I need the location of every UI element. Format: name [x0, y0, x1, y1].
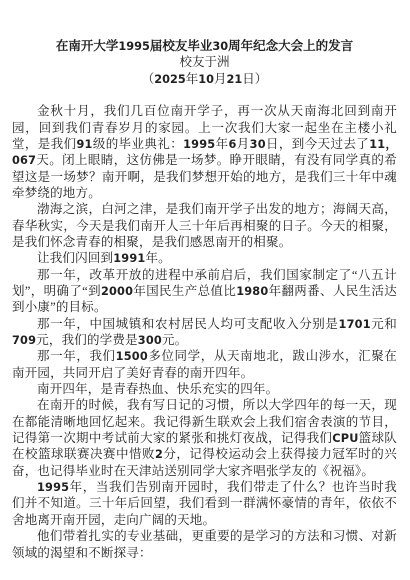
document-body: 金秋十月，我们几百位南开学子，再一次从天南海北回到南开园，回到我们青春岁月的家园…	[12, 103, 397, 561]
numeric-text: 30	[250, 138, 266, 151]
document-title: 在南开大学1995届校友毕业30周年纪念大会上的发言	[12, 38, 397, 54]
author-line: 校友于洲	[12, 54, 397, 70]
numeric-text: 300	[138, 334, 162, 347]
paragraph: 那一年，我们1500多位同学，从天南地北，跋山涉水，汇聚在南开园，共同开启了美好…	[12, 348, 397, 381]
numeric-text: 1995	[118, 40, 149, 53]
paragraph: 金秋十月，我们几百位南开学子，再一次从天南海北回到南开园，回到我们青春岁月的家园…	[12, 103, 397, 201]
paragraph: 那一年，中国城镇和农村居民人均可支配收入分别是1701元和709元，我们的学费是…	[12, 316, 397, 349]
paragraph: 那一年，改革开放的进程中承前启后，我们国家制定了“八五计划”，明确了“到2000…	[12, 267, 397, 316]
paragraph: 他们带着扎实的专业基础，更重要的是学习的方法和习惯、对新领域的渴望和不断探寻：	[12, 528, 397, 561]
document-content: 在南开大学1995届校友毕业30周年纪念大会上的发言 校友于洲 （2025年10…	[0, 0, 410, 561]
numeric-text: 709	[12, 334, 36, 347]
numeric-text: 6	[228, 138, 236, 151]
numeric-text: 2	[155, 448, 163, 461]
numeric-text: 1991	[113, 252, 145, 265]
paragraph: 1995年，当我们告别南开园时，我们带走了什么？也许当时我们并不知道。三十年后回…	[12, 479, 397, 528]
numeric-text: 1995	[37, 481, 69, 494]
numeric-text: 1500	[116, 350, 148, 363]
document-page: 在南开大学1995届校友毕业30周年纪念大会上的发言 校友于洲 （2025年10…	[0, 0, 410, 580]
paragraph: 让我们闪回到1991年。	[12, 250, 397, 266]
paragraph: 南开四年，是青春热血、快乐充实的四年。	[12, 381, 397, 397]
date-line: （2025年10月21日）	[12, 71, 397, 87]
numeric-text: 1980	[236, 285, 268, 298]
numeric-text: 1995	[183, 138, 215, 151]
numeric-text: 10	[198, 73, 214, 86]
numeric-text: 2000	[101, 285, 133, 298]
paragraph: 渤海之滨，白河之津，是我们南开学子出发的地方；海阔天高，春华秋实，今天是我们南开…	[12, 201, 397, 250]
numeric-text: 91	[77, 138, 93, 151]
numeric-text: CPU	[332, 432, 358, 445]
paragraph: 在南开的时候，我有写日记的习惯，所以大学四年的每一天，现在都能清晰地回忆起来。我…	[12, 397, 397, 479]
numeric-text: 1701	[339, 318, 371, 331]
numeric-text: 21	[226, 73, 242, 86]
numeric-text: 2025	[154, 73, 185, 86]
numeric-text: 30	[212, 40, 228, 53]
